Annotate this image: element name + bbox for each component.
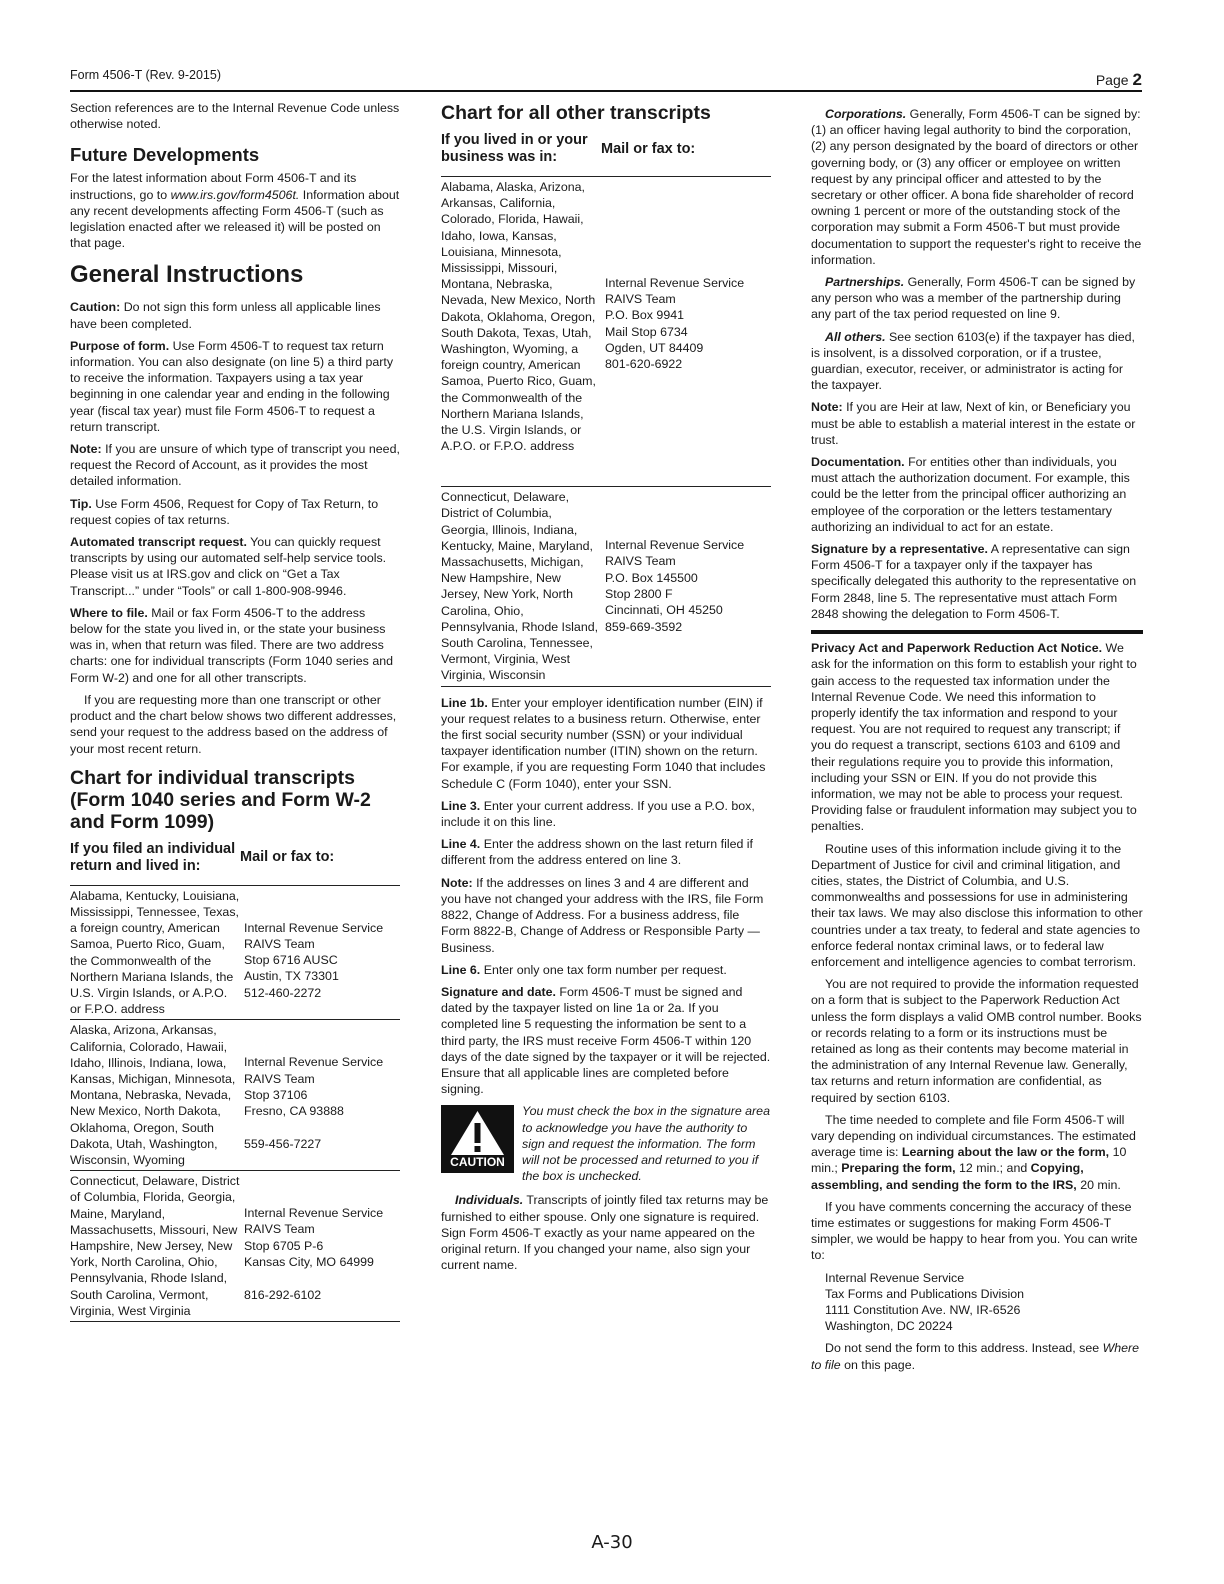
irs-form-link[interactable]: www.irs.gov/form4506t. [171, 188, 300, 202]
address-cell: Internal Revenue ServiceRAIVS TeamStop 6… [244, 888, 400, 1018]
page-header: Form 4506-T (Rev. 9-2015) Page2 [70, 66, 1142, 92]
fax-number: 559-456-7227 [244, 1136, 400, 1152]
future-developments-text: For the latest information about Form 45… [70, 170, 400, 251]
individuals-paragraph: Individuals. Transcripts of jointly file… [441, 1192, 771, 1273]
comments-paragraph: If you have comments concerning the accu… [811, 1199, 1143, 1264]
where-to-file-paragraph: Where to file. Mail or fax Form 4506-T t… [70, 605, 400, 686]
address-cell: Internal Revenue ServiceRAIVS TeamStop 6… [244, 1173, 400, 1319]
column-middle: Chart for all other transcripts If you l… [441, 102, 771, 1279]
states-cell: Alaska, Arizona, Arkansas, California, C… [70, 1022, 244, 1168]
paperwork-paragraph: You are not required to provide the info… [811, 976, 1143, 1106]
address-cell: Internal Revenue ServiceRAIVS TeamStop 3… [244, 1022, 400, 1168]
address-cell: Internal Revenue ServiceRAIVS TeamP.O. B… [605, 179, 771, 484]
page-number: 2 [1133, 70, 1142, 89]
do-not-send-paragraph: Do not send the form to this address. In… [811, 1340, 1143, 1372]
privacy-act-paragraph: Privacy Act and Paperwork Reduction Act … [811, 640, 1143, 834]
automated-request-paragraph: Automated transcript request. You can qu… [70, 534, 400, 599]
routine-uses-paragraph: Routine uses of this information include… [811, 841, 1143, 971]
line-6-paragraph: Line 6. Enter only one tax form number p… [441, 962, 771, 978]
time-estimate-paragraph: The time needed to complete and file For… [811, 1112, 1143, 1193]
fax-number: 512-460-2272 [244, 985, 400, 1001]
individual-chart-header: If you filed an individual return and li… [70, 841, 400, 886]
table-row: Connecticut, Delaware, District of Colum… [441, 487, 771, 686]
fax-number: 816-292-6102 [244, 1287, 400, 1303]
caution-paragraph: Caution: Do not sign this form unless al… [70, 299, 400, 331]
page-indicator: Page2 [1096, 70, 1142, 90]
partnerships-paragraph: Partnerships. Generally, Form 4506-T can… [811, 274, 1143, 323]
tip-paragraph: Tip. Use Form 4506, Request for Copy of … [70, 496, 400, 528]
intro-text: Section references are to the Internal R… [70, 100, 400, 132]
other-chart-header: If you lived in or your business was in:… [441, 132, 771, 177]
caution-text: You must check the box in the signature … [522, 1104, 770, 1183]
states-cell: Connecticut, Delaware, District of Colum… [441, 489, 605, 683]
multiple-requests-paragraph: If you are requesting more than one tran… [70, 692, 400, 757]
irs-mailing-address: Internal Revenue ServiceTax Forms and Pu… [825, 1270, 1143, 1335]
chart-header-mail: Mail or fax to: [240, 849, 400, 866]
caution-notice: CAUTION You must check the box in the si… [441, 1103, 771, 1184]
heir-note-paragraph: Note: If you are Heir at law, Next of ki… [811, 399, 1143, 448]
signature-paragraph: Signature and date. Form 4506-T must be … [441, 984, 771, 1097]
representative-paragraph: Signature by a representative. A represe… [811, 541, 1143, 622]
individual-chart-heading: Chart for individual transcripts (Form 1… [70, 767, 400, 833]
form-id: Form 4506-T (Rev. 9-2015) [70, 68, 221, 82]
table-row: Alaska, Arizona, Arkansas, California, C… [70, 1020, 400, 1171]
line-4-paragraph: Line 4. Enter the address shown on the l… [441, 836, 771, 868]
page-label: Page [1096, 72, 1129, 88]
column-left: Section references are to the Internal R… [70, 100, 400, 1322]
page-footer-reference: A-30 [0, 1532, 1224, 1553]
purpose-paragraph: Purpose of form. Use Form 4506-T to requ… [70, 338, 400, 435]
caution-icon: CAUTION [441, 1105, 514, 1173]
table-row: Connecticut, Delaware, District of Colum… [70, 1171, 400, 1322]
general-instructions-heading: General Instructions [70, 261, 400, 289]
line-3-paragraph: Line 3. Enter your current address. If y… [441, 798, 771, 830]
chart-header-location: If you filed an individual return and li… [70, 841, 240, 875]
section-divider [811, 630, 1143, 634]
chart-header-mail: Mail or fax to: [601, 141, 771, 158]
states-cell: Alabama, Kentucky, Louisiana, Mississipp… [70, 888, 244, 1018]
all-others-paragraph: All others. See section 6103(e) if the t… [811, 329, 1143, 394]
states-cell: Connecticut, Delaware, District of Colum… [70, 1173, 244, 1319]
column-right: Corporations. Generally, Form 4506-T can… [811, 106, 1143, 1379]
fax-number: 801-620-6922 [605, 356, 771, 372]
chart-header-location: If you lived in or your business was in: [441, 132, 601, 166]
documentation-paragraph: Documentation. For entities other than i… [811, 454, 1143, 535]
other-chart-heading: Chart for all other transcripts [441, 102, 771, 124]
future-developments-heading: Future Developments [70, 144, 400, 166]
fax-number: 859-669-3592 [605, 619, 771, 635]
address-change-note: Note: If the addresses on lines 3 and 4 … [441, 875, 771, 956]
address-cell: Internal Revenue ServiceRAIVS TeamP.O. B… [605, 489, 771, 683]
corporations-paragraph: Corporations. Generally, Form 4506-T can… [811, 106, 1143, 268]
table-row: Alabama, Kentucky, Louisiana, Mississipp… [70, 886, 400, 1021]
table-row: Alabama, Alaska, Arizona, Arkansas, Cali… [441, 177, 771, 487]
states-cell: Alabama, Alaska, Arizona, Arkansas, Cali… [441, 179, 605, 484]
note-paragraph: Note: If you are unsure of which type of… [70, 441, 400, 490]
line-1b-paragraph: Line 1b. Enter your employer identificat… [441, 695, 771, 792]
